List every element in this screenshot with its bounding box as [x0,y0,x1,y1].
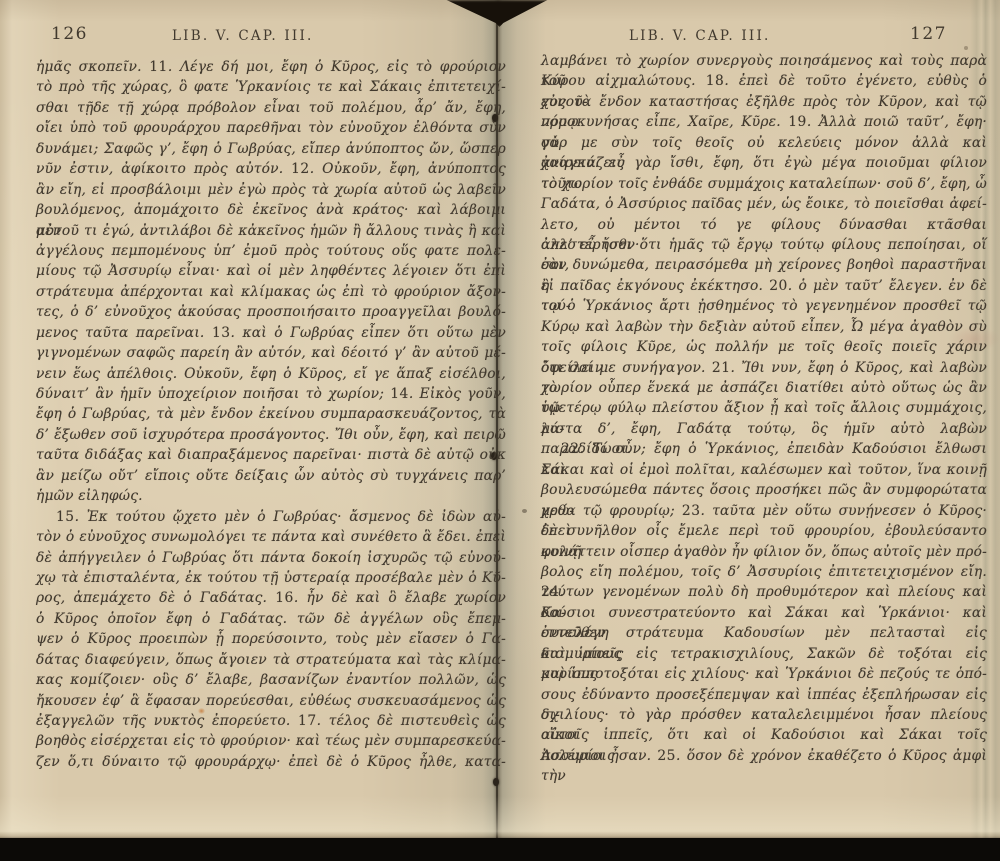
text-line: μίους τῷ Ἀσσυρίῳ εἶναι· καὶ οἱ μὲν ληφθέ… [36,261,506,281]
left-page-number: 126 [51,24,88,44]
text-line: χῳ τὰ ἐπισταλέντα, ἐκ τούτου τῇ ὑστεραίᾳ… [36,568,506,588]
text-line: λιστα δ’, ἔφη, Γαδάτᾳ τούτῳ, ὃς ἡμῖν αὐτ… [541,419,987,439]
binding-top-notch [434,0,560,27]
left-page-text: ἡμᾶς σκοπεῖν. 11. Λέγε δή μοι, ἔφη ὁ Κῦρ… [36,57,506,772]
text-line: Σάκαι καὶ οἱ ἐμοὶ πολῖται, καλέσωμεν καὶ… [541,460,987,480]
text-line: ἐξαγγελῶν τῆς νυκτὸς ἐπορεύετο. 17. τέλο… [36,711,506,731]
text-line: δύναιτ’ ἂν ἡμῖν ὑποχείριον ποιῆσαι τὸ χω… [36,384,506,404]
text-line: Γαδάτα, ὁ Ἀσσύριος παῖδας μέν, ὡς ἔοικε,… [541,194,987,214]
text-line: σθαι τῇδε τῇ χώρᾳ πρόβολον εἶναι τοῦ πολ… [36,98,506,118]
text-line: ἂν μείζω οὔτ’ εἴποις οὔτε δείξαις ὧν αὐτ… [36,466,506,486]
text-line: καὶ ἱπποτοξόται εἰς χιλίους· καὶ Ὑρκάνιο… [541,664,987,684]
text-line: ὁ Κῦρος ὁποῖον ἔφη ὁ Γαδάτας. τῶν δὲ ἀγγ… [36,609,506,629]
text-line: τὸ χωρίον τοῖς ἐνθάδε συμμάχοις καταλείπ… [541,174,987,194]
text-line: βουλευσώμεθα πάντες ὅσοις προσήκει πῶς ἂ… [541,480,987,500]
text-line: ὅτι σοί με συνήγαγον. 21. Ἴθι νυν, ἔφη ὁ… [541,358,987,378]
text-line: ρος, ἀπεμάχετο δὲ ὁ Γαδάτας. 16. ἦν δὲ κ… [36,588,506,608]
text-line: βοηθὸς εἰσέρχεται εἰς τὸ φρούριον· καὶ τ… [36,731,506,751]
text-line: δάτας διαφεύγειν, ὅπως ἄγοιεν τὰ στρατεύ… [36,650,506,670]
text-line: Κύρου αἰχμαλώτους. 18. ἐπεὶ δὲ τοῦτο ἐγέ… [541,71,987,91]
text-line: τες, ὁ δ’ εὐνοῦχος ἀκούσας προσποιήσαιτο… [36,302,506,322]
text-line: ἐντεῦθεν στράτευμα Καδουσίων μὲν πελταστ… [541,623,987,643]
paper-speck [522,509,527,513]
text-line: αὐτοῖς ἱππεῖς, ὅτι καὶ οἱ Καδούσιοι καὶ … [541,725,987,745]
text-line: δούσιοι συνεστρατεύοντο καὶ Σάκαι καὶ Ὑρ… [541,603,987,623]
book-scan: 126 LIB. V. CAP. III. ἡμᾶς σκοπεῖν. 11. … [0,0,1000,861]
text-line: χωρίον οὗπερ ἕνεκά με ἀσπάζει διατίθει α… [541,378,987,398]
text-line: οἴει ὑπὸ τοῦ φρουράρχου παρεθῆναι τὸν εὐ… [36,118,506,138]
text-line: καὶ ἱππεῖς εἰς τετρακισχιλίους, Σακῶν δὲ… [541,644,987,664]
text-line: ζεν ὅ,τι δύναιτο τῷ φρουράρχῳ· ἐπεὶ δὲ ὁ… [36,752,506,772]
text-line: πολέμιοι ἦσαν. 25. ὅσον δὲ χρόνον ἐκαθέζ… [541,746,987,766]
left-running-header: LIB. V. CAP. III. [172,28,313,44]
text-line: σχιλίους· τὸ γὰρ πρόσθεν καταλελειμμένοι… [541,705,987,725]
text-line: 15. Ἐκ τούτου ᾤχετο μὲν ὁ Γωβρύας· ἄσμεν… [36,507,506,527]
text-line: βουλόμενος, ἀπομάχοιτο δὲ ἐκεῖνος ἀνὰ κρ… [36,200,506,220]
text-line: κας κομίζοιεν· οὓς δ’ ἔλαβε, βασανίζων ἐ… [36,670,506,690]
text-line: ὑμετέρῳ φύλῳ πλείστου ἄξιον ᾖ καὶ τοῖς ἄ… [541,398,987,418]
text-line: δυνάμει; Σαφῶς γ’, ἔφη ὁ Γωβρύας, εἴπερ … [36,139,506,159]
text-line: μεθα τῷ φρουρίῳ; 23. ταῦτα μὲν οὕτω συνῄ… [541,501,987,521]
text-line: τὸν ὁ εὐνοῦχος συνωμολόγει τε πάντα καὶ … [36,527,506,547]
binding-stitch [493,778,499,786]
text-line: στράτευμα ἀπέρχονται καὶ κλίμακας ὡς ἐπὶ… [36,282,506,302]
text-line: ἡμᾶς σκοπεῖν. 11. Λέγε δή μοι, ἔφη ὁ Κῦρ… [36,57,506,77]
paper-speck [964,46,968,50]
text-line: ἀλλ’ εὖ ἴσθι ὅτι ἡμᾶς τῷ ἔργῳ τούτῳ φίλο… [541,235,987,255]
right-page-number: 127 [910,24,947,44]
text-line: νῦν ἐστιν, ἀφίκοιτο πρὸς αὐτόν. 12. Οὐκο… [36,159,506,179]
text-line: Κύρῳ καὶ λαβὼν τὴν δεξιὰν αὐτοῦ εἶπεν, Ὦ… [541,317,987,337]
text-line: ἐὰν δυνώμεθα, πειρασόμεθα μὴ χείρονες βο… [541,255,987,275]
text-line: χος τὰ ἔνδον καταστήσας ἐξῆλθε πρὸς τὸν … [541,92,987,112]
text-line: βολος εἴη πολέμου, τοῖς δ’ Ἀσσυρίοις ἐπι… [541,562,987,582]
text-line: ἔφη ὁ Γωβρύας, τὰ μὲν ἔνδον ἐκείνου συμπ… [36,404,506,424]
scan-background-band [0,838,1000,861]
text-line: δὲ ἀπήγγειλεν ὁ Γωβρύας ὅτι πάντα δοκοίη… [36,548,506,568]
text-line: γιγνομένων σαφῶς παρείη ἂν αὐτόν, καὶ δέ… [36,343,506,363]
right-page-text: λαμβάνει τὸ χωρίον συνεργοὺς ποιησάμενος… [541,51,987,766]
text-line: νειν ἕως ἀπέλθοις. Οὐκοῦν, ἔφη ὁ Κῦρος, … [36,364,506,384]
text-line: μενος ταῦτα παρεῖναι. 13. καὶ ὁ Γωβρύας … [36,323,506,343]
bottom-page-edge [0,796,1000,838]
text-line: ἀγγέλους πεμπομένους ὑπ’ ἐμοῦ πρὸς τούτο… [36,241,506,261]
text-line: ψεν ὁ Κῦρος προειπὼν ᾗ πορεύσοιντο, τοὺς… [36,629,506,649]
text-line: ἤκουσεν ἐφ’ ἃ ἔφασαν πορεύεσθαι, εὐθέως … [36,691,506,711]
text-line: ταῦτα διδάξας καὶ διαπραξάμενος παρεῖναι… [36,445,506,465]
text-line: σους ἐδύναντο προσεξέπεμψαν καὶ ἱππέας ἐ… [541,685,987,705]
text-line: χαίρειν. εὖ γὰρ ἴσθι, ἔφη, ὅτι ἐγὼ μέγα … [541,153,987,173]
text-line: λετο, οὐ μέντοι τό γε φίλους δύνασθαι κτ… [541,215,987,235]
text-line: προσκυνήσας εἶπε, Χαῖρε, Κῦρε. 19. Ἀλλὰ … [541,112,987,132]
right-running-header: LIB. V. CAP. III. [629,28,770,44]
text-line: 22. Τί οὖν; ἔφη ὁ Ὑρκάνιος, ἐπειδὰν Καδο… [541,439,987,459]
text-line: γάρ με σὺν τοῖς θεοῖς οὐ κελεύεις μόνον … [541,133,987,153]
text-line: εἰ παῖδας ἐκγόνους ἐκέκτησο. 20. ὁ μὲν τ… [541,276,987,296]
text-line: λαμβάνει τὸ χωρίον συνεργοὺς ποιησάμενος… [541,51,987,71]
text-line: ἡμῶν εἰληφώς. [36,486,506,506]
text-line: δὲ συνῆλθον οἷς ἔμελε περὶ τοῦ φρουρίου,… [541,521,987,541]
text-line: φυλάττειν οἷσπερ ἀγαθὸν ἦν φίλιον ὄν, ὅπ… [541,542,987,562]
text-line: τοῖς φίλοις Κῦρε, ὡς πολλήν με τοῖς θεοῖ… [541,337,987,357]
text-line: αὐτοῦ τι ἐγώ, ἀντιλάβοι δὲ κἀκεῖνος ἡμῶν… [36,221,506,241]
text-line: ἂν εἴη, εἰ προσβάλοιμι μὲν ἐγὼ πρὸς τὰ χ… [36,180,506,200]
text-line: τὸ πρὸ τῆς χώρας, ὃ φατε Ὑρκανίοις τε κα… [36,77,506,97]
text-line: δ’ ἔξωθεν σοῦ ἰσχυρότερα προσάγοντος. Ἴθ… [36,425,506,445]
text-line: τῳ ὁ Ὑρκάνιος ἄρτι ᾐσθημένος τὸ γεγενημέ… [541,296,987,316]
text-line: τούτων γενομένων πολὺ δὴ προθυμότερον κα… [541,582,987,602]
